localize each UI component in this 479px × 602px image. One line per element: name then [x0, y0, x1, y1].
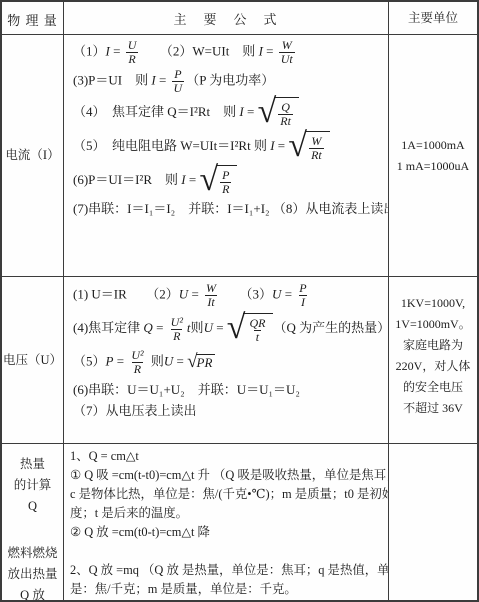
formula-text: 1、Q = cm△t: [70, 449, 139, 463]
fraction: U²R: [169, 316, 185, 343]
fraction-numerator: P: [172, 68, 183, 81]
formula-text: c 是物体比热，单位是：焦/(千克•℃)；m 是质量；t0 是初始温: [70, 487, 389, 501]
square-root: √PR: [199, 164, 237, 198]
formula-line: （1）I = UR （2）W=UIt 则 I = WUt: [73, 38, 386, 67]
formula-text: 则: [191, 320, 204, 335]
radical-sign: √: [288, 129, 307, 163]
formula-line: (1) U＝IR （2）U = WIt （3）U = PI: [73, 280, 386, 311]
formula-text: （7）从电压表上读出: [73, 403, 197, 418]
formula-line: (6)串联：U＝U₁+U₂ 并联：U＝U₁＝U₂: [73, 378, 386, 399]
fraction-numerator: Q: [279, 101, 292, 114]
square-root: √WRt: [288, 130, 329, 164]
label-line: 放出热量: [7, 564, 57, 585]
row-label-current: 电流（I）: [2, 35, 64, 277]
formula-text: =: [110, 43, 124, 58]
unit-line: 家庭电路为: [403, 335, 463, 356]
fraction-numerator: U²: [129, 349, 145, 362]
formula-text: （5） 纯电阻电路 W=UIt＝I²Rt 则: [73, 138, 270, 153]
formula-variable: U: [164, 353, 173, 368]
fraction-numerator: P: [220, 169, 231, 182]
formula-text: （Q 为产生的热量）: [273, 320, 389, 335]
label-line: 电流（I）: [5, 145, 59, 166]
label-group: 热量的计算Q: [2, 454, 63, 517]
fraction-numerator: U²: [169, 316, 185, 329]
fraction-denominator: Rt: [309, 148, 324, 162]
fraction: UR: [126, 39, 139, 66]
square-root: √PR: [187, 353, 215, 372]
formula-line: (3)P＝UI 则 I = PU（P 为电功率）: [73, 67, 386, 96]
units-cell-voltage: 1KV=1000V,1V=1000mV。家庭电路为220V，对人体的安全电压不超…: [389, 277, 477, 444]
fraction-numerator: W: [280, 39, 294, 52]
label-line: 热量: [20, 454, 45, 475]
unit-line: 不超过 36V: [403, 398, 463, 419]
formula-cell-heat: 1、Q = cm△t① Q 吸 =cm(t-t0)=cm△t 升 （Q 吸是吸收…: [64, 444, 389, 600]
label-line: 的计算: [14, 475, 52, 496]
radical-sign: √: [258, 95, 277, 129]
fraction-denominator: I: [299, 295, 307, 309]
unit-line: 1V=1000mV。: [395, 314, 470, 335]
radical-sign: √: [199, 163, 218, 197]
formula-text: （5）: [73, 353, 106, 368]
formula-line: 度；t 是后来的温度。: [70, 504, 386, 523]
fraction-numerator: P: [297, 282, 308, 295]
formula-text: ① Q 吸 =cm(t-t0)=cm△t 升 （Q 吸是吸收热量，单位是焦耳；: [70, 468, 389, 482]
header-physical-quantity: 物 理 量: [2, 2, 64, 35]
radical-sign: √: [187, 352, 197, 371]
formula-text: 2、Q 放 =mq （Q 放 是热量，单位是：焦耳；q 是热值，单位: [70, 563, 389, 577]
radicand: QRt: [274, 97, 299, 129]
fraction: QRt: [247, 317, 267, 344]
unit-line: 1KV=1000V,: [401, 293, 465, 314]
formula-line: ② Q 放 =cm(t0-t)=cm△t 降: [70, 523, 386, 542]
formula-line: ① Q 吸 =cm(t-t0)=cm△t 升 （Q 吸是吸收热量，单位是焦耳；: [70, 466, 386, 485]
formula-text: =: [156, 72, 170, 87]
formula-cell-current: （1）I = UR （2）W=UIt 则 I = WUt(3)P＝UI 则 I …: [64, 35, 389, 277]
formula-text: =: [153, 320, 167, 335]
formula-text: =: [188, 286, 202, 301]
formula-text: 度；t 是后来的温度。: [70, 506, 188, 520]
formula-text: (3)P＝UI 则: [73, 72, 151, 87]
formula-line: 是：焦/千克；m 是质量，单位是：千克。: [70, 580, 386, 599]
fraction: U²R: [129, 349, 145, 376]
fraction-denominator: R: [132, 362, 143, 376]
row-label-voltage: 电压（U）: [2, 277, 64, 444]
formula-text: =: [244, 104, 258, 119]
fraction: PR: [220, 169, 231, 196]
fraction-numerator: W: [309, 135, 323, 148]
label-line: 燃料燃烧: [7, 543, 57, 564]
radicand: QRt: [243, 313, 273, 345]
formula-table: 物 理 量 主 要 公 式 主要单位 电流（I） （1）I = UR （2）W=…: [0, 0, 479, 602]
fraction-denominator: R: [126, 52, 137, 66]
units-cell-heat: [389, 444, 477, 600]
fraction-numerator: W: [204, 282, 218, 295]
fraction-numerator: U: [126, 39, 139, 52]
units-cell-current: 1A=1000mA1 mA=1000uA: [389, 35, 477, 277]
formula-text: (1) U＝IR （2）: [73, 286, 179, 301]
formula-line: c 是物体比热，单位是：焦/(千克•℃)；m 是质量；t0 是初始温: [70, 485, 386, 504]
formula-line: [70, 542, 386, 561]
fraction-denominator: R: [171, 329, 182, 343]
radicand: PR: [196, 354, 216, 371]
formula-text: =: [173, 353, 187, 368]
fraction-denominator: It: [205, 295, 216, 309]
formula-text: （1）: [73, 43, 106, 58]
formula-text: (6)P＝UI＝I²R 则: [73, 172, 181, 187]
formula-text: (4)焦耳定律: [73, 320, 143, 335]
formula-text: =: [275, 138, 289, 153]
formula-variable: Q: [143, 320, 152, 335]
header-main-formula: 主 要 公 式: [64, 2, 389, 35]
formula-line: (7)串联：I＝I₁＝I₂ 并联：I＝I₁+I₂ （8）从电流表上读出: [73, 198, 386, 217]
formula-text: （3）: [220, 286, 272, 301]
label-line: Q: [28, 496, 37, 517]
formula-text: (7)串联：I＝I₁＝I₂ 并联：I＝I₁+I₂ （8）从电流表上读出: [73, 201, 389, 216]
radicand: PR: [216, 165, 237, 197]
formula-line: 1、Q = cm△t: [70, 447, 386, 466]
fraction: PU: [172, 68, 185, 95]
unit-line: 1 mA=1000uA: [397, 156, 469, 177]
formula-text: ② Q 放 =cm(t0-t)=cm△t 降: [70, 525, 210, 539]
formula-text: 是：焦/千克；m 是质量，单位是：千克。: [70, 582, 297, 596]
fraction: PI: [297, 282, 308, 309]
formula-text: =: [213, 320, 227, 335]
fraction-denominator: Rt: [278, 114, 293, 128]
formula-text: 则: [148, 353, 164, 368]
label-group: 电流（I）: [2, 145, 63, 166]
fraction-denominator: t: [254, 330, 261, 344]
formula-line: 2、Q 放 =mq （Q 放 是热量，单位是：焦耳；q 是热值，单位: [70, 561, 386, 580]
square-root: √QRt: [227, 312, 274, 346]
label-group: 电压（U）: [2, 350, 63, 371]
fraction: WUt: [279, 39, 295, 66]
label-line: 电压（U）: [3, 350, 62, 371]
row-label-heat: 热量的计算Q燃料燃烧放出热量Q 放: [2, 444, 64, 600]
formula-text: =: [281, 286, 295, 301]
formula-text: (6)串联：U＝U₁+U₂ 并联：U＝U₁＝U₂: [73, 382, 300, 397]
formula-cell-voltage: (1) U＝IR （2）U = WIt （3）U = PI(4)焦耳定律 Q =…: [64, 277, 389, 444]
fraction: QRt: [278, 101, 293, 128]
radicand: WRt: [305, 131, 330, 163]
formula-line: （5）P = U²R 则U = √PR: [73, 347, 386, 378]
formula-line: （7）从电压表上读出: [73, 399, 386, 420]
label-line: Q 放: [20, 585, 45, 600]
formula-line: （4） 焦耳定律 Q＝I²Rt 则 I = √QRt: [73, 96, 386, 130]
formula-text: =: [263, 43, 277, 58]
fraction-denominator: Ut: [279, 52, 295, 66]
formula-text: =: [186, 172, 200, 187]
formula-line: (4)焦耳定律 Q = U²Rt则U = √QRt（Q 为产生的热量）: [73, 311, 386, 347]
fraction: WIt: [204, 282, 218, 309]
formula-line: （5） 纯电阻电路 W=UIt＝I²Rt 则 I = √WRt: [73, 130, 386, 164]
fraction-denominator: R: [220, 182, 231, 196]
unit-line: 1A=1000mA: [401, 135, 464, 156]
radical-sign: √: [227, 311, 246, 345]
formula-variable: U: [204, 320, 213, 335]
fraction: WRt: [309, 135, 324, 162]
label-group: 燃料燃烧放出热量Q 放: [2, 543, 63, 600]
formula-text: （P 为电功率）: [186, 72, 274, 87]
fraction-denominator: U: [172, 81, 185, 95]
formula-text: （4） 焦耳定律 Q＝I²Rt 则: [73, 104, 239, 119]
unit-line: 的安全电压: [403, 377, 463, 398]
fraction-numerator: QR: [247, 317, 267, 330]
unit-line: 220V，对人体: [396, 356, 471, 377]
formula-variable: U: [179, 286, 188, 301]
formula-text: =: [113, 353, 127, 368]
square-root: √QRt: [258, 96, 299, 130]
header-main-unit: 主要单位: [389, 2, 477, 35]
formula-line: (6)P＝UI＝I²R 则 I = √PR: [73, 164, 386, 198]
formula-text: （2）W=UIt 则: [140, 43, 258, 58]
